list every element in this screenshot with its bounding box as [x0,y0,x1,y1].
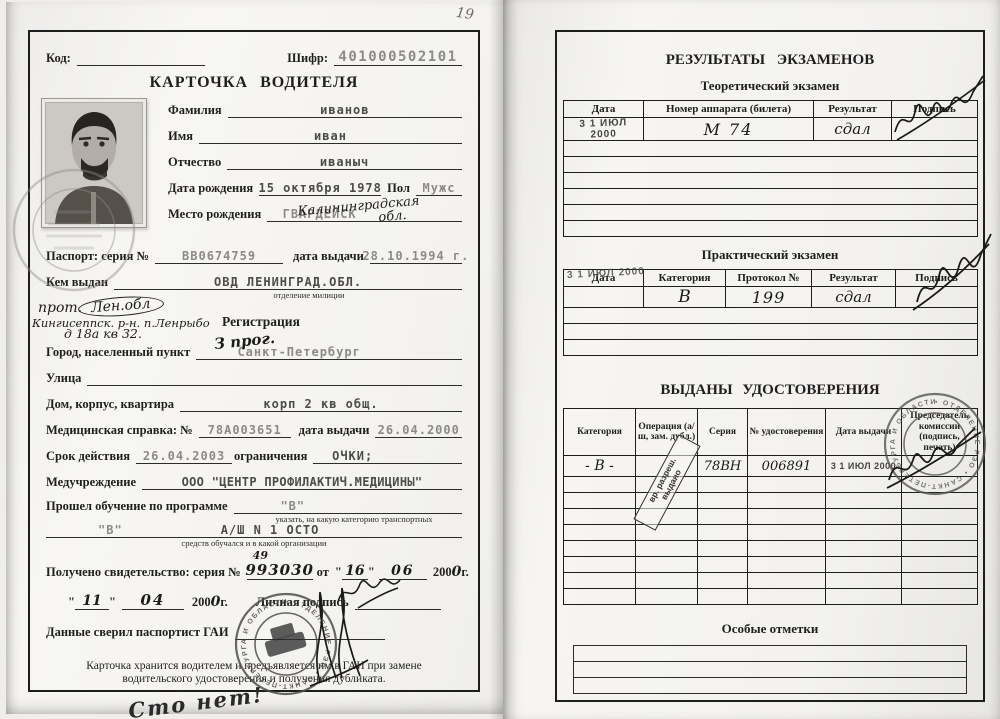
med-org-label: Медучреждение [46,475,142,490]
close-quote-2: " [109,595,122,610]
restrictions-value: ОЧКИ; [332,449,373,463]
verified-label: Данные сверил паспортист ГАИ [46,625,235,640]
code-label: Код: [46,51,77,66]
street-label: Улица [46,371,87,386]
practice-category-cell: В [644,287,726,308]
certificate-year-hand: 0 [452,564,462,580]
licenses-empty-row [564,525,978,541]
name-label: Имя [168,129,199,144]
training-value: "В" [280,499,305,513]
theory-header-date: Дата [564,101,644,118]
reg-hand-prefix: прот. [38,300,82,316]
birthplace-hand-line2: обл. [378,208,407,225]
practice-header-protocol: Протокол № [726,270,812,287]
special-marks-line [574,678,966,693]
licenses-series-hand: 78ВН [704,459,741,474]
validity-value: 26.04.2003 [143,449,225,463]
patronymic-label: Отчество [168,155,227,170]
validity-label: Срок действия [46,449,136,464]
validity-row: Срок действия 26.04.2003 ограничения ОЧК… [46,444,462,464]
med-label: Медицинская справка: № [46,423,199,438]
issue-day-hand: 11 [82,593,101,609]
code-cipher-row: Код: Шифр: 401000502101 [46,46,462,66]
code-field [77,65,205,66]
exam-results-title: РЕЗУЛЬТАТЫ ЭКЗАМЕНОВ [563,52,977,72]
name-value: иван [314,129,347,143]
issue-month-field: 04 [122,591,184,610]
licenses-empty-row [564,541,978,557]
house-field: корп 2 кв общ. [180,397,462,412]
practice-empty-row [564,324,978,340]
licenses-header-series: Серия [698,409,748,456]
certificate-year-suffix: г. [461,565,468,580]
special-marks-title: Особые отметки [563,621,977,637]
surname-row: Фамилия иванов [168,98,462,118]
licenses-empty-row [564,573,978,589]
med-number-field: 78А003651 [199,423,291,438]
street-field [87,385,462,386]
licenses-series-cell: 78ВН [698,456,748,477]
special-marks-line [574,646,966,662]
name-field: иван [199,129,462,144]
certificate-label: Получено свидетельство: серия № [46,565,247,580]
med-org-value: ООО "ЦЕНТР ПРОФИЛАКТИЧ.МЕДИЦИНЫ" [182,475,423,489]
certificate-number-hand: 993030 [245,561,314,579]
med-date-field: 26.04.2000 [375,423,462,438]
practice-protocol-hand: 199 [752,288,786,307]
theory-empty-row [564,205,978,221]
issuer-value: ОВД ЛЕНИНГРАД.ОБЛ. [214,275,362,289]
training-label: Прошел обучение по программе [46,499,234,514]
theory-empty-row [564,157,978,173]
passport-value: ВВ0674759 [182,249,256,263]
surname-value: иванов [320,103,369,117]
city-row: Город, населенный пункт З прог. Санкт-Пе… [46,340,462,360]
issue-year-hand: 0 [211,594,221,610]
practice-examiner-signature [907,230,993,318]
issue-month-hand: 04 [140,591,165,609]
passport-field: ВВ0674759 [155,249,283,264]
training-org-row: "В" А/Ш N 1 ОСТО [46,522,462,538]
issuer-field: ОВД ЛЕНИНГРАД.ОБЛ. [114,275,462,290]
theory-number-cell: М 74 [644,118,814,141]
training-field: "В" [234,499,462,514]
card-title: КАРТОЧКА ВОДИТЕЛЯ [46,74,462,94]
training-row: Прошел обучение по программе "В" [46,494,462,514]
chairman-signature [879,424,985,494]
licenses-header-category: Категория [564,409,636,456]
med-date-value: 26.04.2000 [378,423,460,437]
practice-header-category: Категория [644,270,726,287]
theory-empty-row [564,189,978,205]
birthdate-label: Дата рождения [168,181,259,196]
registration-label: Регистрация [222,314,300,330]
special-marks-line [574,662,966,678]
house-row: Дом, корпус, квартира корп 2 кв общ. [46,392,462,412]
licenses-empty-row [564,509,978,525]
reg-hand-house: д 18а кв 32. [64,326,142,341]
cipher-value: 401000502101 [338,49,457,65]
birthdate-value: 15 октября 1978 [259,181,382,195]
city-label: Город, населенный пункт [46,345,196,360]
med-certificate-row: Медицинская справка: № 78А003651 дата вы… [46,418,462,438]
sex-field: Мужс [416,181,462,196]
practice-category-hand: В [678,287,691,307]
patronymic-value: иваныч [320,155,369,169]
theory-date-cell: 3 1 ИЮЛ 2000 [564,118,644,141]
licenses-empty-row [564,557,978,573]
training-org-value: А/Ш N 1 ОСТО [221,523,320,537]
street-row: Улица [46,366,462,386]
licenses-category-hand: - В - [585,458,614,474]
licenses-category-cell: - В - [564,456,636,477]
licenses-number-cell: 006891 [748,456,826,477]
issue-day-field: 11 [75,593,109,610]
theory-examiner-signature [887,72,987,146]
practice-date-cell [564,287,644,308]
house-label: Дом, корпус, квартира [46,397,180,412]
practice-result-cell: сдал [812,287,896,308]
patronymic-field: иваныч [227,155,462,170]
med-date-label: дата выдачи [291,423,376,438]
exam-results-form: РЕЗУЛЬТАТЫ ЭКЗАМЕНОВ Теоретический экзам… [555,30,985,702]
scanned-driver-card: 19 Код: Шифр: 401000502101 КАРТОЧКА ВОДИ… [0,0,1000,719]
page-fold-shadow [489,0,519,719]
theory-result-cell: сдал [814,118,892,141]
med-value: 78А003651 [208,423,282,437]
theory-result-hand: сдал [834,120,870,138]
special-marks-box [573,645,967,694]
restrictions-label: ограничения [232,449,313,464]
training-category-value: "В" [98,523,123,537]
restrictions-field: ОЧКИ; [313,449,462,464]
certificate-year-printed: 200 [427,565,452,580]
cipher-label: Шифр: [287,51,334,66]
practice-header-result: Результат [812,270,896,287]
driver-card-form: Код: Шифр: 401000502101 КАРТОЧКА ВОДИТЕЛ… [28,30,480,692]
training-caption-2: средств обучался и в какой организации [46,538,462,548]
passport-date-label: дата выдачи [283,249,370,264]
sex-value: Мужс [423,181,456,195]
theory-date-stamp: 3 1 ИЮЛ 2000 [566,117,642,142]
practice-result-hand: сдал [835,288,871,306]
issue-year-printed: 200 [184,595,211,610]
passport-date-field: 28.10.1994 г. [370,249,462,264]
certificate-series-hand: 49 [253,549,268,562]
surname-label: Фамилия [168,103,228,118]
birthplace-label: Место рождения [168,207,267,222]
faint-round-stamp [8,164,140,296]
house-value: корп 2 кв общ. [263,397,378,411]
licenses-number-hand: 006891 [762,459,812,474]
theory-number-hand: М 74 [704,120,754,139]
issuer-caption: отделение милиции [156,290,462,300]
practice-protocol-cell: 199 [726,287,812,308]
licenses-empty-row [564,589,978,605]
training-org-field: "В" А/Ш N 1 ОСТО [46,523,462,538]
practice-empty-row [564,340,978,356]
surname-field: иванов [228,103,462,118]
passport-date-value: 28.10.1994 г. [362,249,469,263]
theory-empty-row [564,173,978,189]
training-caption-1: указать, на какую категорию транспортных [246,514,462,522]
birthdate-field: 15 октября 1978 [259,181,381,196]
theory-header-result: Результат [814,101,892,118]
handwritten-page-number: 19 [455,5,475,23]
med-org-row: Медучреждение ООО "ЦЕНТР ПРОФИЛАКТИЧ.МЕД… [46,470,462,490]
theory-header-number: Номер аппарата (билета) [644,101,814,118]
med-org-field: ООО "ЦЕНТР ПРОФИЛАКТИЧ.МЕДИЦИНЫ" [142,475,462,490]
name-row: Имя иван [168,124,462,144]
open-quote-2: " [68,595,75,610]
patronymic-row: Отчество иваныч [168,150,462,170]
validity-field: 26.04.2003 [136,449,232,464]
personal-signature [330,570,406,614]
licenses-header-number: № удостоверения [748,409,826,456]
cipher-field: 401000502101 [334,49,462,66]
